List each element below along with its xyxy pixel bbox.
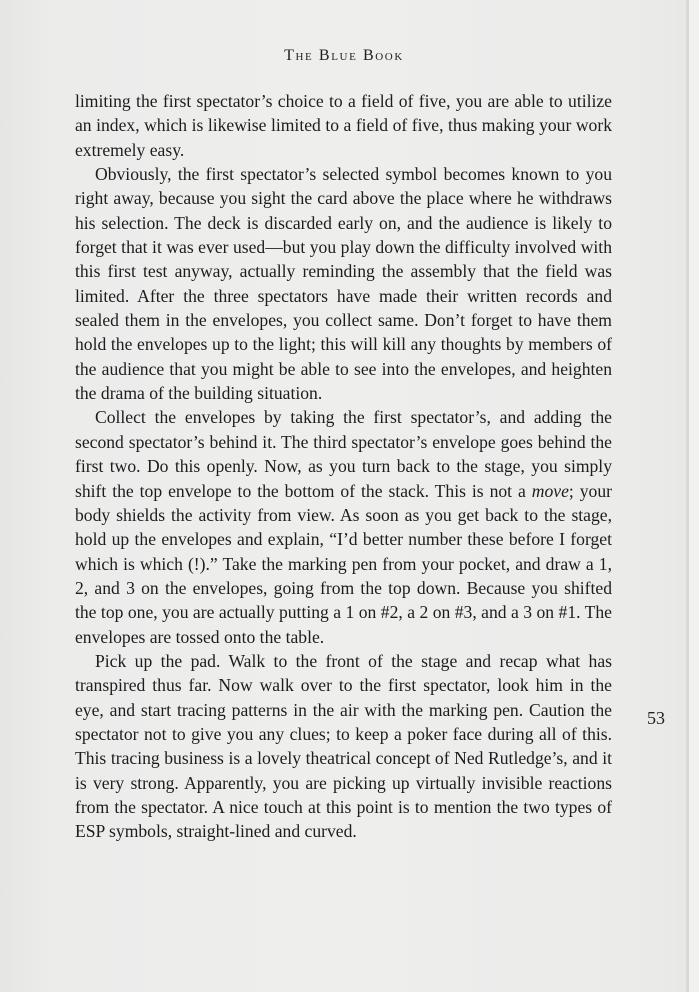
paragraph-3: Collect the envelopes by taking the firs… [75, 405, 612, 648]
book-page: The Blue Book limiting the first spectat… [0, 0, 688, 992]
page-number: 53 [647, 708, 665, 729]
paragraph-4: Pick up the pad. Walk to the front of th… [75, 649, 612, 844]
body-text: limiting the first spectator’s choice to… [75, 89, 612, 844]
paragraph-2: Obviously, the first spectator’s selecte… [75, 162, 612, 405]
page-edge [689, 0, 699, 992]
italic-move: move [532, 481, 569, 501]
running-head: The Blue Book [0, 47, 688, 65]
paragraph-1: limiting the first spectator’s choice to… [75, 89, 612, 162]
paragraph-3-part-2: ; your body shields the activity from vi… [75, 481, 612, 647]
